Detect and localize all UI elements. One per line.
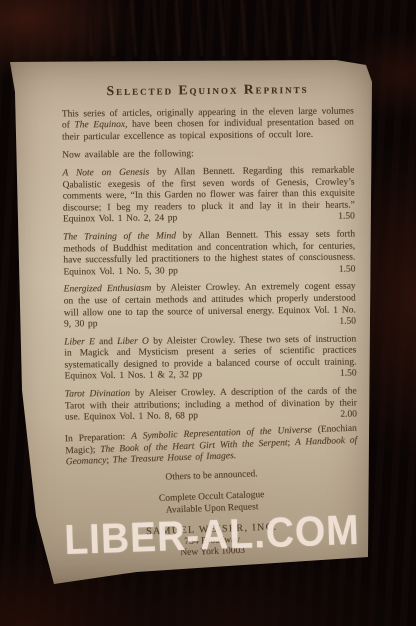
catalog-entry: Energized Enthusiasm by Aleister Crowley…	[64, 282, 356, 331]
entry-price: 2.00	[340, 410, 357, 422]
italic-text-run: A Note on Genesis	[62, 168, 149, 179]
catalog-entry: In Preparation: A Symbolic Representatio…	[65, 423, 358, 468]
catalog-entry: Tarot Divination by Aleiser Crowley. A d…	[65, 387, 357, 425]
catalog-entry: Liber E and Liber O by Aleister Crowley.…	[64, 334, 356, 383]
entry-price: 1.50	[338, 212, 355, 224]
text-run: In Preparation:	[65, 432, 132, 444]
catalog-entry: A Note on Genesis by Allan Bennett. Rega…	[62, 165, 355, 226]
book-back-cover: Selected Equinox Reprints This series of…	[6, 54, 376, 590]
italic-text-run: The Equinox	[74, 120, 125, 131]
announcement-line: Others to be announced.	[66, 465, 358, 487]
italic-text-run: Liber E	[64, 337, 95, 347]
text-run: and	[95, 337, 117, 347]
entry-price: 1.50	[339, 317, 356, 329]
catalog-entry: The Training of the Mind by Allan Bennet…	[63, 229, 355, 278]
italic-text-run: Tarot Divination	[65, 389, 130, 400]
catalog-entries: A Note on Genesis by Allan Bennett. Rega…	[62, 165, 357, 465]
entry-price: 1.50	[339, 264, 356, 276]
now-available-line: Now available are the following:	[62, 148, 354, 163]
italic-text-run: Energized Enthusiasm	[64, 284, 152, 295]
italic-text-run: Liber O	[117, 336, 149, 346]
photo-scene: LIBER-AL.COM Selected Equinox Reprints T…	[0, 0, 416, 626]
italic-text-run: The Training of the Mind	[63, 231, 176, 242]
entry-price: 1.50	[340, 369, 357, 381]
cover-title: Selected Equinox Reprints	[62, 82, 354, 97]
intro-paragraph: This series of articles, originally appe…	[62, 106, 354, 144]
cover-text-block: Selected Equinox Reprints This series of…	[62, 82, 359, 560]
background-cloth-texture	[90, 0, 350, 56]
